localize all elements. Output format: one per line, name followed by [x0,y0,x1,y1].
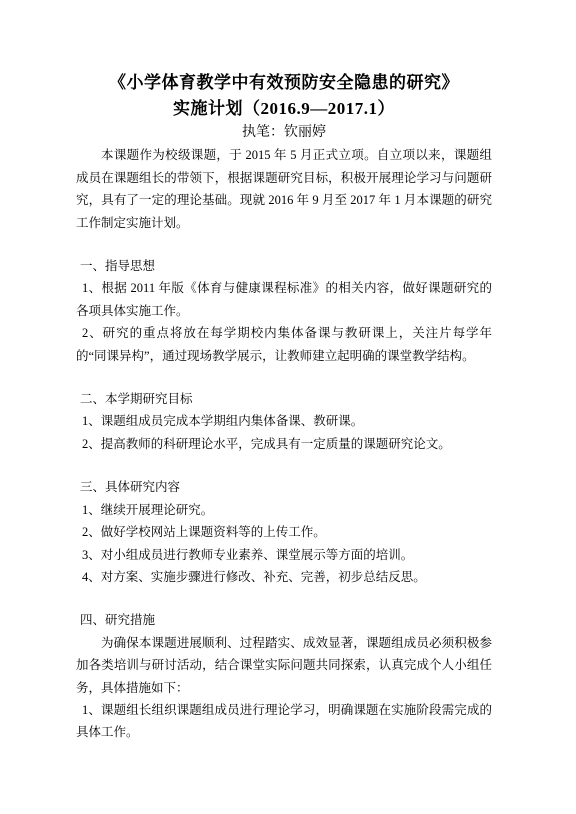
sections: 一、指导思想1、根据 2011 年版《体育与健康课程标准》的相关内容，做好课题研… [76,255,492,744]
document-content: 《小学体育教学中有效预防安全隐患的研究》 实施计划（2016.9—2017.1）… [0,0,576,744]
doc-subtitle: 实施计划（2016.9—2017.1） [76,96,492,122]
section-list-item: 2、研究的重点将放在每学期校内集体备课与教研课上，关注片每学年的“同课异构”，通… [76,322,492,367]
section: 二、本学期研究目标1、课题组成员完成本学期组内集体备课、教研课。2、提高教师的科… [76,388,492,455]
section-heading: 三、具体研究内容 [76,476,492,498]
section-list-item: 1、课题组成员完成本学期组内集体备课、教研课。 [76,410,492,432]
doc-title: 《小学体育教学中有效预防安全隐患的研究》 [76,70,492,96]
section-list-item: 3、对小组成员进行教师专业素养、课堂展示等方面的培训。 [76,544,492,566]
section-paragraph: 为确保本课题进展顺利、过程踏实、成效显著，课题组成员必须积极参加各类培训与研讨活… [76,632,492,699]
section-list-item: 2、提高教师的科研理论水平，完成具有一定质量的课题研究论文。 [76,433,492,455]
document-page: 《小学体育教学中有效预防安全隐患的研究》 实施计划（2016.9—2017.1）… [0,0,576,814]
section: 四、研究措施为确保本课题进展顺利、过程踏实、成效显著，课题组成员必须积极参加各类… [76,609,492,743]
section-list-item: 2、做好学校网站上课题资料等的上传工作。 [76,521,492,543]
byline: 执笔：钦丽婷 [76,122,492,144]
section-list-item: 1、根据 2011 年版《体育与健康课程标准》的相关内容，做好课题研究的各项具体… [76,277,492,322]
section-list-item: 4、对方案、实施步骤进行修改、补充、完善，初步总结反思。 [76,566,492,588]
section-heading: 一、指导思想 [76,255,492,277]
section: 三、具体研究内容1、继续开展理论研究。2、做好学校网站上课题资料等的上传工作。3… [76,476,492,588]
section: 一、指导思想1、根据 2011 年版《体育与健康课程标准》的相关内容，做好课题研… [76,255,492,367]
section-heading: 二、本学期研究目标 [76,388,492,410]
document-body: 本课题作为校级课题，于 2015 年 5 月正式立项。自立项以来，课题组成员在课… [76,144,492,743]
intro-paragraph: 本课题作为校级课题，于 2015 年 5 月正式立项。自立项以来，课题组成员在课… [76,144,492,234]
section-list-item: 1、继续开展理论研究。 [76,499,492,521]
section-heading: 四、研究措施 [76,609,492,631]
section-list-item: 1、课题组长组织课题组成员进行理论学习，明确课题在实施阶段需完成的具体工作。 [76,699,492,744]
